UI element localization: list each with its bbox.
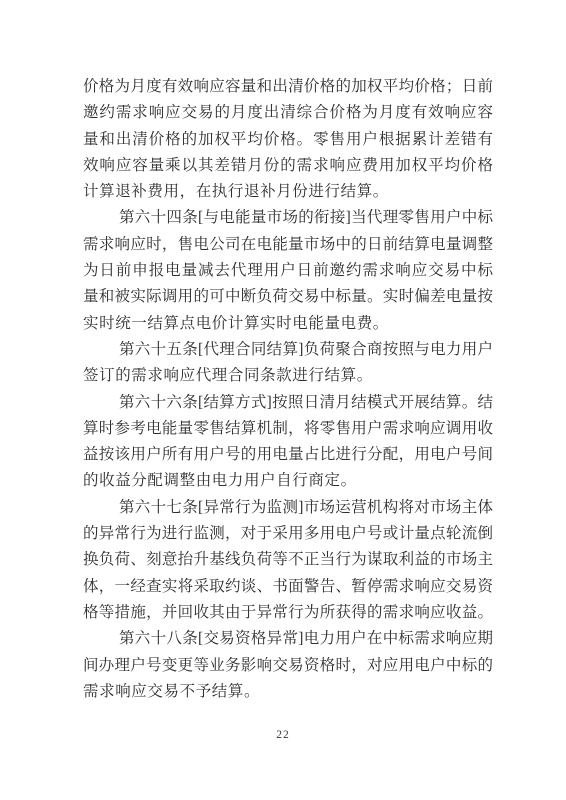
text-line: 计算退补费用，在执行退补月份进行结算。 [83,179,493,205]
text-line: 体，一经查实将采取约谈、书面警告、暂停需求响应交易资 [83,574,493,600]
page-number: 22 [0,729,566,741]
text-line: 量和出清价格的加权平均价格。零售用户根据累计差错有 [83,127,493,153]
text-line: 实时统一结算点电价计算实时电能量电费。 [83,311,493,337]
text-line: 的异常行为进行监测，对于采用多用电户号或计量点轮流倒 [83,521,493,547]
text-line: 效响应容量乘以其差错月份的需求响应费用加权平均价格 [83,153,493,179]
text-line: 算时参考电能量零售结算机制，将零售用户需求响应调用收 [83,416,493,442]
text-line: 量和被实际调用的可中断负荷交易中标量。实时偏差电量按 [83,284,493,310]
text-line: 益按该用户所有用户号的用电量占比进行分配，用电户号间 [83,442,493,468]
text-line: 第六十七条[异常行为监测]市场运营机构将对市场主体 [83,495,493,521]
text-line: 的收益分配调整由电力用户自行商定。 [83,468,493,494]
text-line: 邀约需求响应交易的月度出清综合价格为月度有效响应容 [83,100,493,126]
text-line: 价格为月度有效响应容量和出清价格的加权平均价格；日前 [83,74,493,100]
document-page: 价格为月度有效响应容量和出清价格的加权平均价格；日前邀约需求响应交易的月度出清综… [0,0,566,800]
text-line: 第六十四条[与电能量市场的衔接]当代理零售用户中标 [83,205,493,231]
text-line: 间办理户号变更等业务影响交易资格时，对应用电户中标的 [83,653,493,679]
text-line: 需求响应时，售电公司在电能量市场中的日前结算电量调整 [83,232,493,258]
text-line: 为日前申报电量减去代理用户日前邀约需求响应交易中标 [83,258,493,284]
text-line: 第六十六条[结算方式]按照日清月结模式开展结算。结 [83,390,493,416]
text-line: 第六十八条[交易资格异常]电力用户在中标需求响应期 [83,626,493,652]
document-body: 价格为月度有效响应容量和出清价格的加权平均价格；日前邀约需求响应交易的月度出清综… [83,74,493,705]
text-line: 格等措施，并回收其由于异常行为所获得的需求响应收益。 [83,600,493,626]
text-line: 换负荷、刻意抬升基线负荷等不正当行为谋取利益的市场主 [83,547,493,573]
text-line: 第六十五条[代理合同结算]负荷聚合商按照与电力用户 [83,337,493,363]
text-line: 需求响应交易不予结算。 [83,679,493,705]
text-line: 签订的需求响应代理合同条款进行结算。 [83,363,493,389]
